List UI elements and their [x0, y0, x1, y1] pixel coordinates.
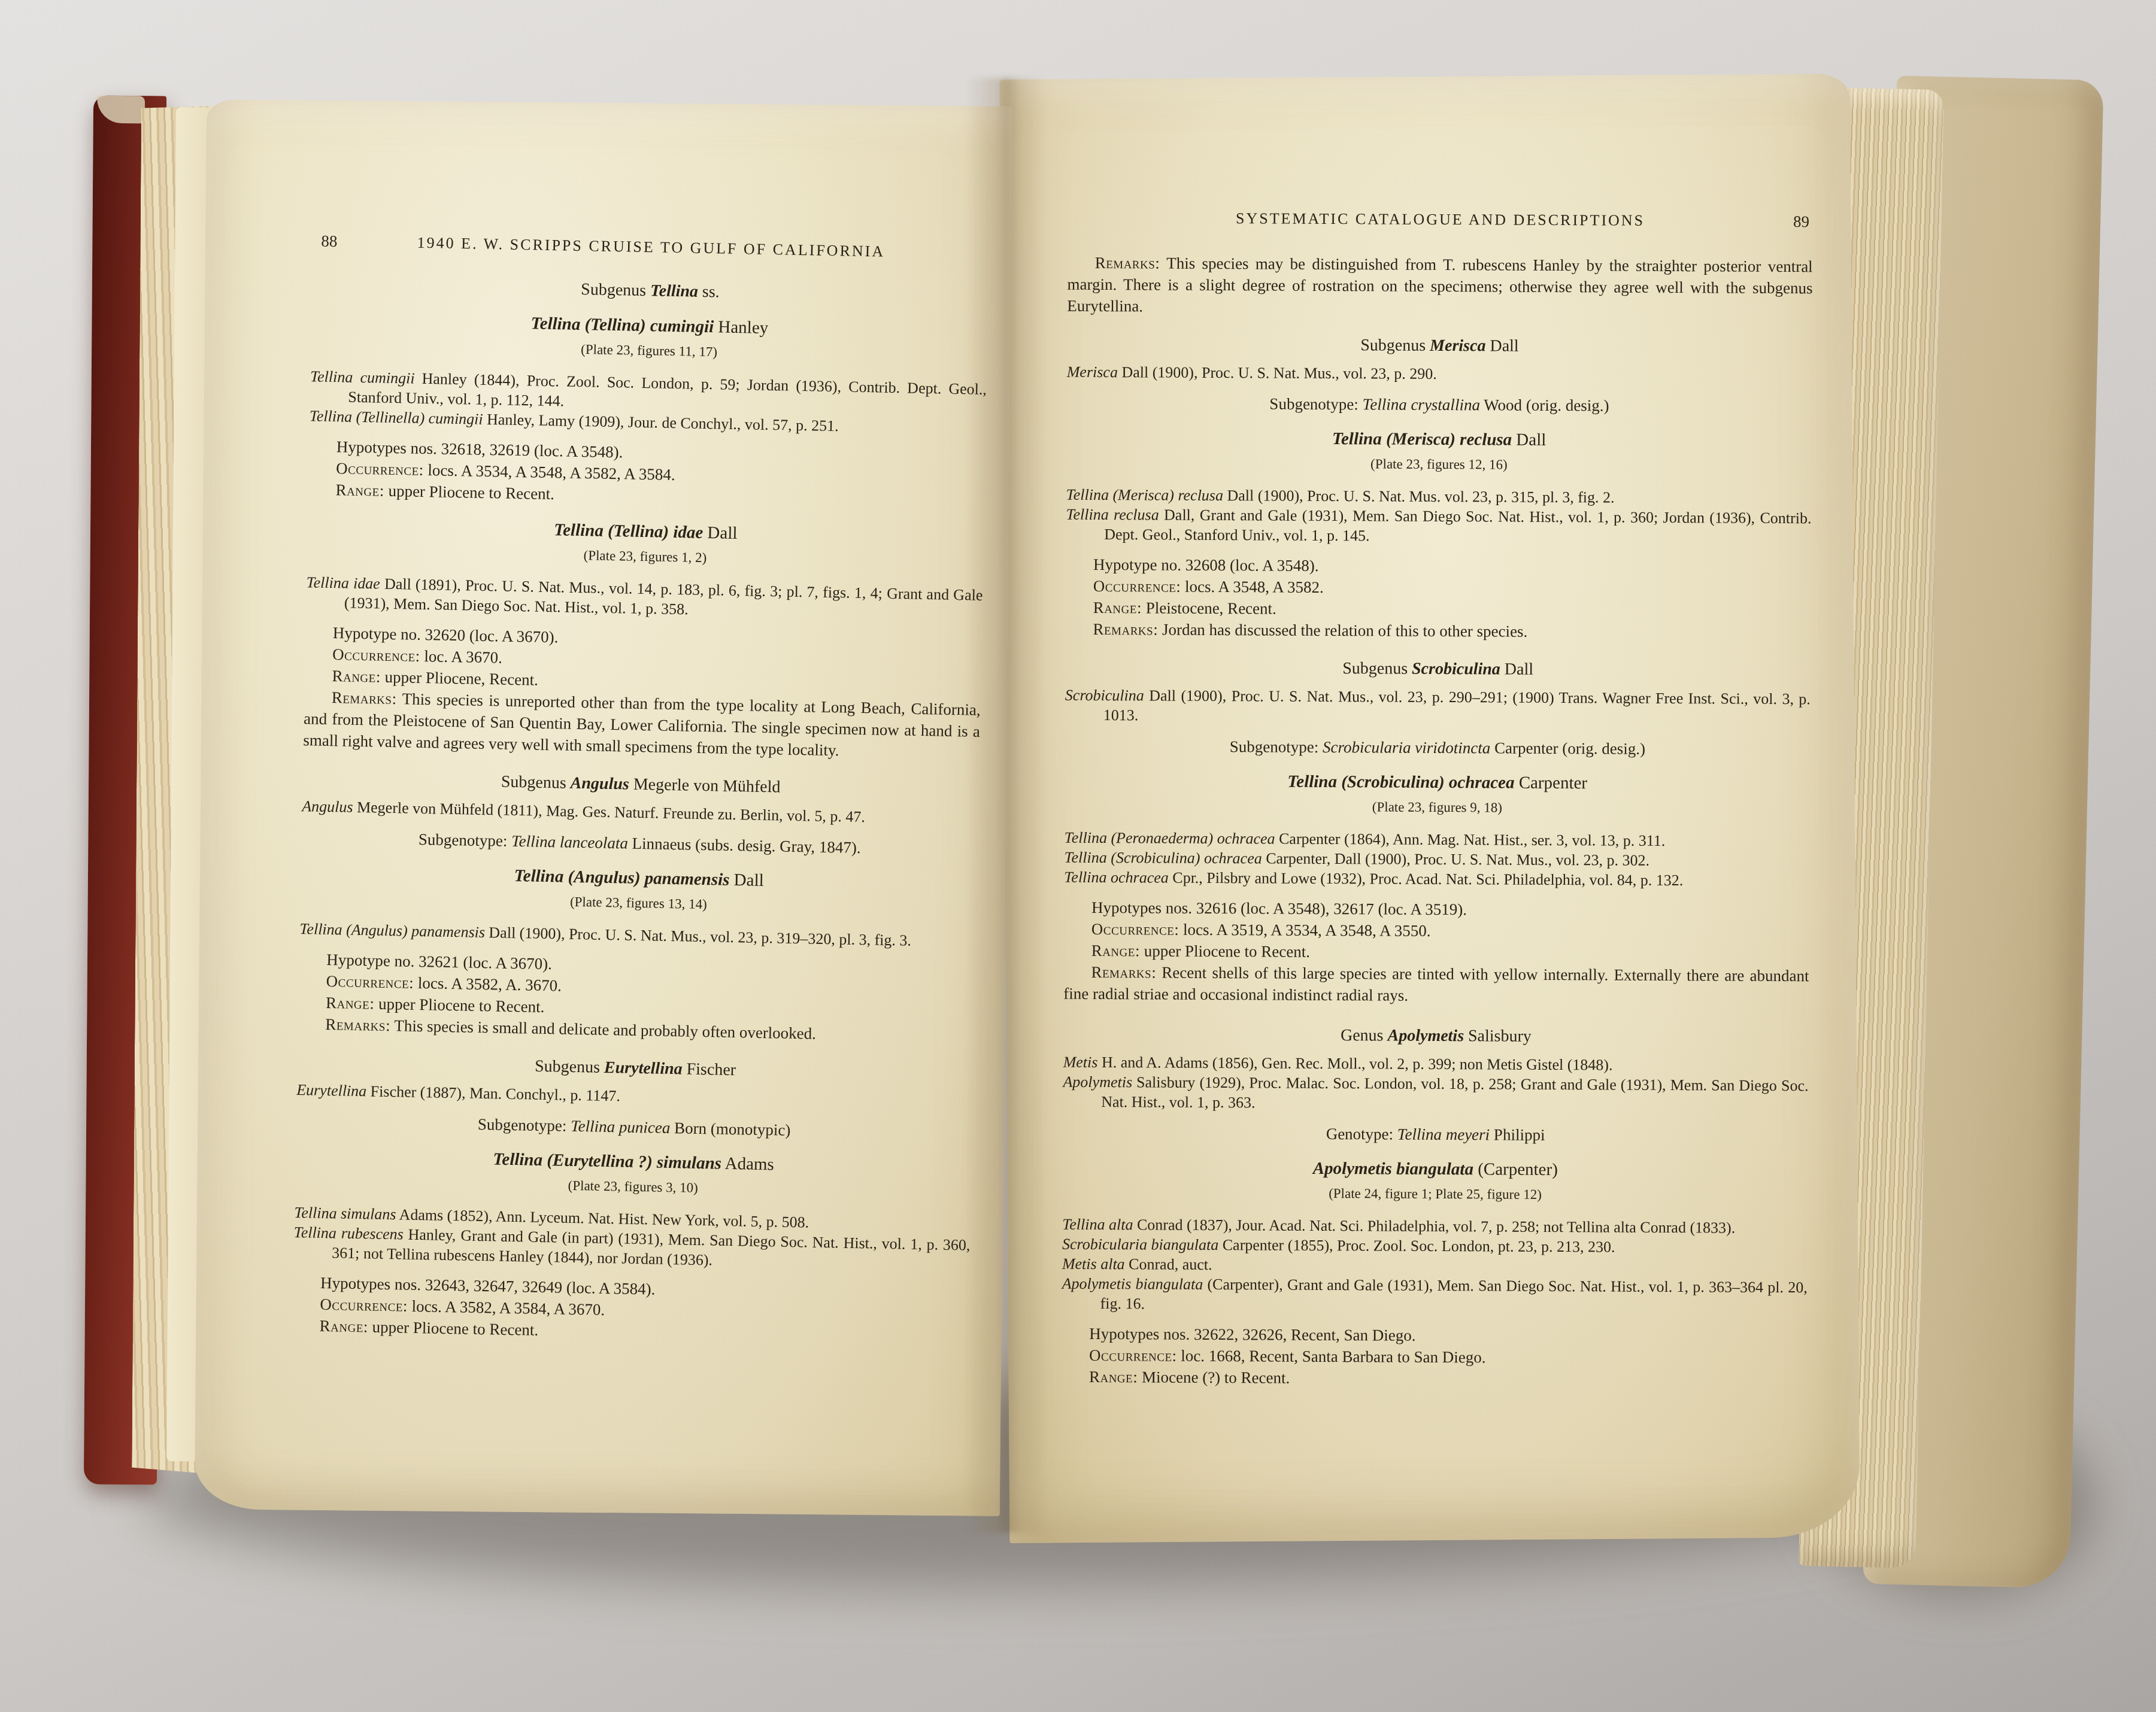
taxon-name: Tellina simulans: [294, 1204, 396, 1223]
field-label: Range:: [326, 994, 375, 1013]
subgenotype-line: Subgenotype: Tellina crystallina Wood (o…: [1066, 394, 1812, 417]
taxon-name: Tellina reclusa: [1066, 506, 1159, 524]
range-line: Range: Miocene (?) to Recent.: [1062, 1366, 1807, 1392]
field-label: Occurrence:: [320, 1295, 408, 1315]
running-title: SYSTEMATIC CATALOGUE AND DESCRIPTIONS: [1236, 210, 1645, 229]
subgenotype-line: Subgenotype: Tellina punicea Born (monot…: [296, 1112, 972, 1143]
taxon-name: Tellina (Angulus) panamensis: [514, 866, 729, 890]
field-label: Occurrence:: [336, 459, 424, 479]
field-label: Range:: [319, 1317, 368, 1336]
genus-heading: Genus Apolymetis Salisbury: [1063, 1025, 1809, 1048]
taxon-name: Scrobiculina: [1065, 687, 1144, 705]
citation: Apolymetis biangulata (Carpenter), Grant…: [1062, 1274, 1808, 1318]
taxon-name: Metis alta: [1062, 1255, 1125, 1273]
field-label: Remarks:: [325, 1015, 390, 1034]
citation: Apolymetis Salisbury (1929), Proc. Malac…: [1063, 1072, 1808, 1116]
taxon-name: Eurytellina: [604, 1058, 683, 1079]
field-label: Range:: [335, 481, 384, 500]
field-label: Range:: [332, 667, 381, 686]
species-heading: Tellina (Angulus) panamensis Dall: [301, 862, 977, 895]
citation: Eurytellina Fischer (1887), Man. Conchyl…: [296, 1080, 973, 1113]
field-label: Occurrence:: [1093, 577, 1181, 596]
field-label: Occurrence:: [326, 972, 414, 992]
citation: Tellina idae Dall (1891), Proc. U. S. Na…: [306, 572, 983, 625]
taxon-name: Tellina cumingii: [310, 368, 415, 387]
taxon-name: Apolymetis: [1387, 1027, 1464, 1046]
taxon-name: Apolymetis biangulata: [1313, 1159, 1473, 1179]
subgenus-heading: Subgenus Eurytellina Fischer: [297, 1052, 974, 1085]
plate-reference: (Plate 23, figures 12, 16): [1066, 455, 1812, 475]
field-label: Remarks:: [1095, 254, 1160, 272]
field-label: Occurrence:: [332, 645, 420, 665]
field-label: Remarks:: [1093, 620, 1158, 639]
taxon-name: Scrobicularia biangulata: [1062, 1236, 1218, 1253]
taxon-name: Tellina (Merisca) reclusa: [1066, 486, 1224, 504]
remarks-line: Remarks: Jordan has discussed the relati…: [1065, 618, 1811, 644]
citation: Merisca Dall (1900), Proc. U. S. Nat. Mu…: [1067, 362, 1812, 386]
taxon-name: Angulus: [302, 797, 353, 816]
field-label: Range:: [1093, 599, 1142, 617]
left-page-text: 88 1940 E. W. SCRIPPS CRUISE TO GULF OF …: [292, 232, 989, 1349]
subgenotype-line: Subgenotype: Tellina lanceolata Linnaeus…: [301, 828, 978, 860]
taxon-name: Metis: [1063, 1054, 1098, 1071]
citation: Angulus Megerle von Mühfeld (1811), Mag.…: [302, 796, 978, 829]
citation: Tellina ochracea Cpr., Pilsbry and Lowe …: [1064, 867, 1809, 891]
remarks-paragraph: Remarks: Recent shells of this large spe…: [1063, 961, 1809, 1009]
taxon-name: Tellina (Scrobiculina) ochracea: [1064, 849, 1262, 867]
taxon-name: Tellina (Merisca) reclusa: [1332, 429, 1512, 450]
plate-reference: (Plate 23, figures 9, 18): [1065, 798, 1810, 818]
taxon-name: Tellina (Peronaederma) ochracea: [1065, 829, 1275, 848]
citation: Tellina reclusa Dall, Grant and Gale (19…: [1066, 505, 1811, 548]
taxon-name: Tellina alta: [1062, 1216, 1133, 1234]
plate-reference: (Plate 23, figures 1, 2): [307, 542, 983, 571]
species-heading: Tellina (Tellina) cumingii Hanley: [311, 309, 988, 342]
species-heading: Tellina (Eurytellina ?) simulans Adams: [295, 1146, 972, 1179]
remarks-paragraph: Remarks: This species is unreported othe…: [303, 686, 981, 764]
page-number: 88: [321, 232, 338, 251]
taxon-name: Tellina ochracea: [1064, 869, 1169, 887]
taxon-name: Tellina (Angulus) panamensis: [299, 920, 485, 941]
taxon-name: Tellina lanceolata: [511, 832, 628, 852]
subgenus-heading: Subgenus Scrobiculina Dall: [1065, 658, 1811, 681]
taxon-name: Merisca: [1067, 363, 1118, 381]
taxon-name: Apolymetis biangulata: [1062, 1275, 1203, 1293]
species-heading: Apolymetis biangulata (Carpenter): [1063, 1158, 1808, 1182]
plate-reference: (Plate 23, figures 3, 10): [295, 1173, 971, 1201]
genotype-line: Genotype: Tellina meyeri Philippi: [1063, 1124, 1808, 1146]
book-photo: { "colors":{"background_gray":"#cecbc8",…: [0, 0, 2156, 1712]
field-label: Occurrence:: [1091, 920, 1179, 939]
taxon-name: Apolymetis: [1063, 1073, 1132, 1091]
taxon-name: Scrobiculina: [1412, 660, 1500, 679]
subgenotype-line: Subgenotype: Scrobicularia viridotincta …: [1065, 737, 1810, 760]
taxon-name: Tellina meyeri: [1397, 1125, 1490, 1144]
taxon-name: Angulus: [570, 774, 629, 794]
taxon-name: Tellina punicea: [571, 1117, 671, 1137]
taxon-name: Tellina rubescens: [293, 1224, 404, 1243]
taxon-name: Tellina idae: [306, 573, 380, 592]
plate-reference: (Plate 23, figures 11, 17): [311, 336, 987, 365]
taxon-name: Tellina (Tellinella) cumingii: [310, 407, 483, 428]
citation: Tellina (Angulus) panamensis Dall (1900)…: [299, 919, 976, 952]
field-label: Occurrence:: [1089, 1346, 1177, 1365]
taxon-name: Merisca: [1430, 336, 1485, 355]
species-heading: Tellina (Merisca) reclusa Dall: [1066, 428, 1812, 452]
taxon-name: Tellina crystallina: [1363, 395, 1480, 414]
subgenus-heading: Subgenus Merisca Dall: [1067, 335, 1812, 358]
subgenus-heading: Subgenus Tellina ss.: [312, 275, 988, 307]
field-label: Range:: [1091, 942, 1140, 960]
taxon-name: Scrobicularia viridotincta: [1323, 738, 1490, 757]
plate-reference: (Plate 24, figure 1; Plate 25, figure 12…: [1062, 1185, 1808, 1204]
taxon-name: Tellina: [650, 281, 698, 301]
subgenus-heading: Subgenus Angulus Megerle von Mühfeld: [302, 769, 979, 801]
taxon-name: Eurytellina: [296, 1081, 367, 1100]
taxon-name: Tellina (Scrobiculina) ochracea: [1287, 772, 1514, 793]
species-heading: Tellina (Tellina) idae Dall: [307, 515, 984, 548]
taxon-name: Tellina (Tellina) idae: [554, 520, 703, 542]
field-label: Remarks:: [332, 688, 397, 708]
remarks-paragraph: Remarks: This species may be distinguish…: [1067, 252, 1813, 321]
field-label: Range:: [1089, 1368, 1138, 1386]
taxon-name: Tellina (Tellina) cumingii: [530, 314, 714, 336]
running-header-right: SYSTEMATIC CATALOGUE AND DESCRIPTIONS 89: [1068, 209, 1813, 231]
taxon-name: Tellina (Eurytellina ?) simulans: [493, 1149, 721, 1173]
field-label: Remarks:: [1091, 963, 1156, 982]
species-heading: Tellina (Scrobiculina) ochracea Carpente…: [1065, 771, 1810, 795]
plate-reference: (Plate 23, figures 13, 14): [300, 889, 977, 918]
right-page-text: SYSTEMATIC CATALOGUE AND DESCRIPTIONS 89…: [1062, 209, 1813, 1391]
citation: Scrobiculina Dall (1900), Proc. U. S. Na…: [1065, 685, 1811, 729]
page-number: 89: [1793, 213, 1809, 231]
